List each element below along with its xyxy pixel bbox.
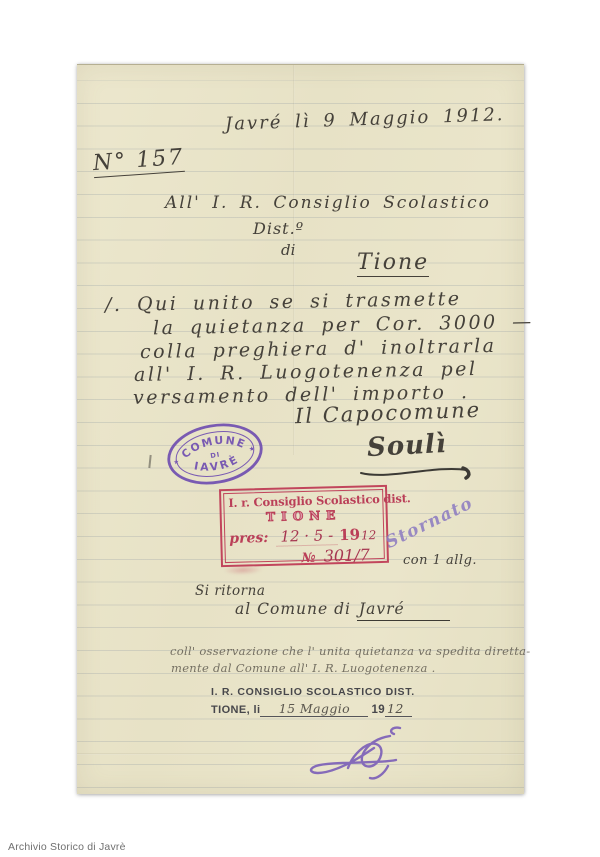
date-line: Javré lì 9 Maggio 1912.	[225, 106, 505, 135]
recipient-line-2: Dist.º	[253, 221, 304, 238]
registry-stamp-place: TIONE	[229, 507, 379, 525]
return-note-prefix: al Comune di	[235, 600, 351, 618]
return-note-line-1: Si ritorna	[195, 584, 265, 598]
council-stamp-title: I. R. CONSIGLIO SCOLASTICO DIST.	[211, 686, 415, 698]
signature-underline-swash	[359, 463, 479, 481]
paper-sheet: Javré lì 9 Maggio 1912. N° 157 All' I. R…	[77, 64, 524, 794]
ink-mark	[148, 455, 151, 468]
enclosure-note: con 1 allg.	[403, 554, 477, 568]
secretary-signature-flourish	[304, 722, 414, 784]
pres-year-handwritten: 12	[361, 528, 377, 542]
observation-line-2: mente dal Comune all' I. R. Luogotenenza…	[171, 662, 436, 674]
scan-background: Javré lì 9 Maggio 1912. N° 157 All' I. R…	[0, 0, 600, 857]
council-date-handwritten: 15 Maggio	[260, 701, 368, 717]
return-note-place: Javré	[357, 600, 450, 621]
registry-stamp-inner-border: I. r. Consiglio Scolastico dist. TIONE p…	[223, 489, 385, 563]
observation-line-1: coll' osservazione che l' unita quietanz…	[170, 645, 530, 657]
number-handwritten: 301/7	[323, 545, 370, 565]
municipal-stamp: COMUNE IAVRÈ DI ★ ★	[160, 414, 270, 494]
council-year-printed: 19	[371, 704, 385, 716]
numero-sign: №	[301, 551, 316, 566]
fold-line-horizontal	[77, 753, 524, 755]
registry-stamp: I. r. Consiglio Scolastico dist. TIONE p…	[219, 485, 389, 567]
council-stamp-place-label: TIONE, li	[211, 704, 260, 716]
council-year-handwritten: 12	[385, 701, 412, 717]
council-stamp-date-line: TIONE, li 15 Maggio 19 12	[211, 701, 412, 717]
star-icon: ★	[173, 458, 180, 467]
stamp-center-text: DI	[210, 451, 221, 461]
star-icon: ★	[248, 444, 255, 453]
recipient-line-4: Tione	[357, 251, 429, 274]
archive-watermark: Archivio Storico di Javrè	[8, 841, 126, 853]
signature: Soulì	[366, 431, 447, 462]
closing-role: Il Capocomune	[295, 399, 482, 428]
recipient-line-3: di	[281, 243, 295, 259]
pres-date-handwritten: 12 · 5 -	[276, 526, 337, 547]
pres-label: pres:	[229, 530, 269, 547]
ink-smudge	[223, 564, 263, 575]
registry-stamp-pres-line: pres: 12 · 5 - 19 12	[229, 525, 379, 548]
return-note-line-2: al Comune di Javré	[235, 601, 450, 617]
protocol-number: N° 157	[92, 146, 185, 175]
pres-year-printed: 19	[339, 526, 360, 545]
recipient-line-1: All' I. R. Consiglio Scolastico	[165, 195, 491, 213]
